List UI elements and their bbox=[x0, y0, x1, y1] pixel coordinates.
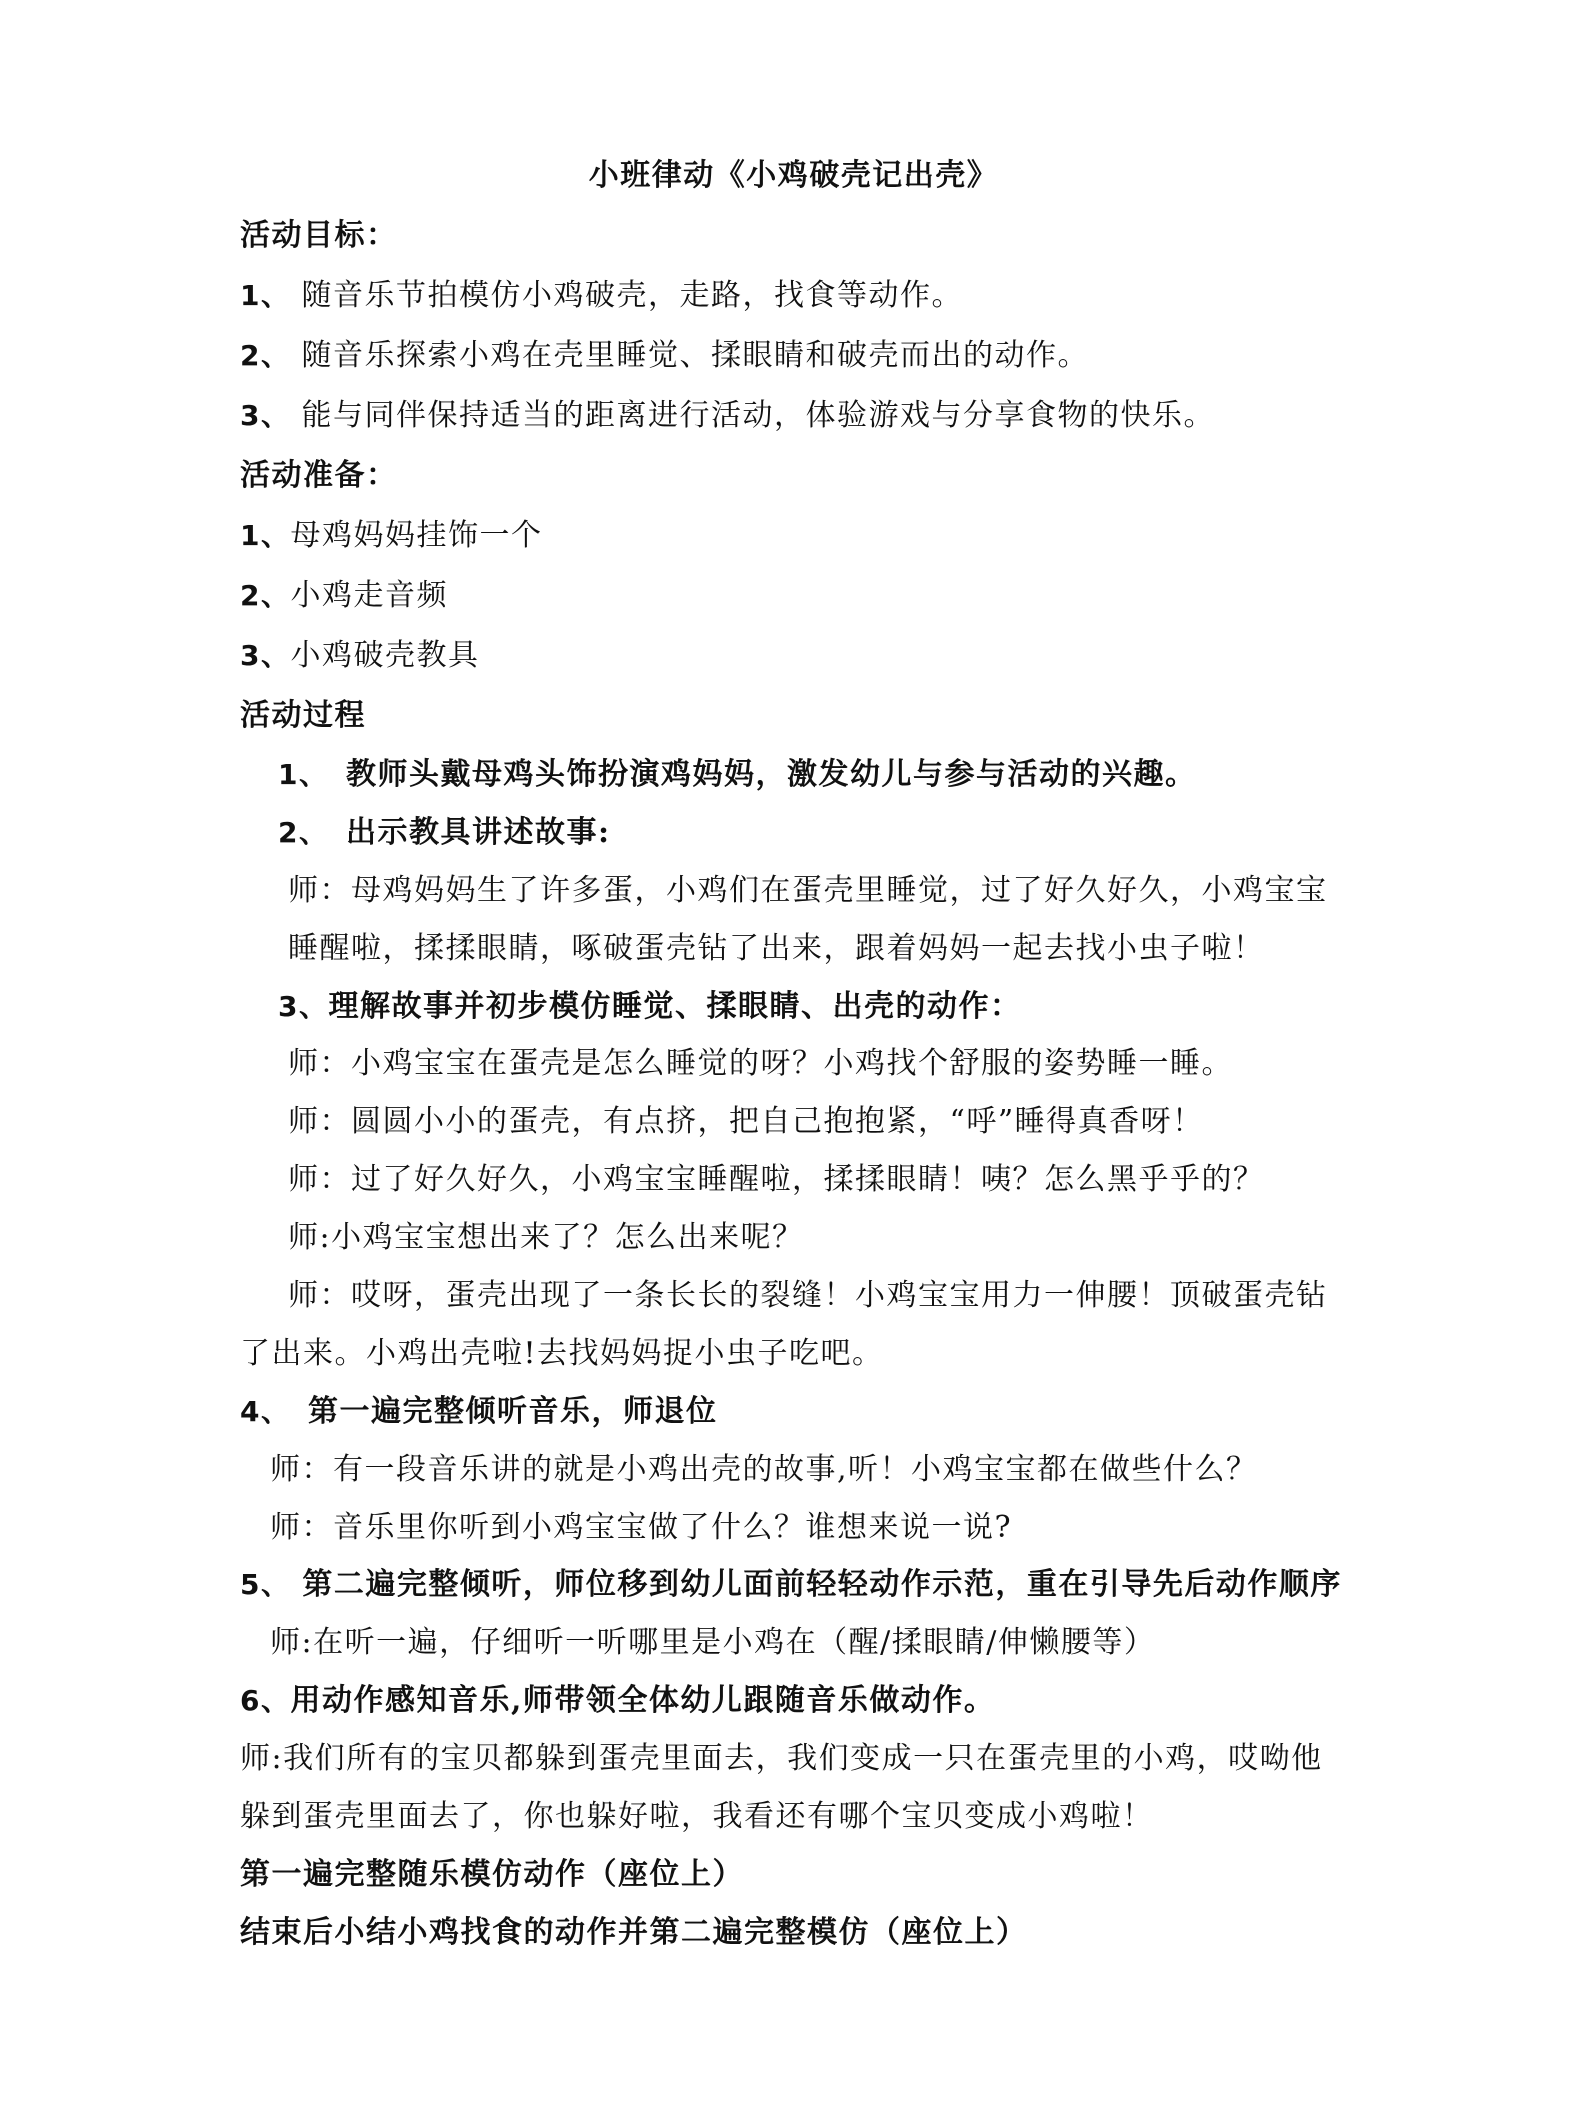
line-text: 出示教具讲述故事: bbox=[314, 815, 610, 850]
line-text: 活动准备： bbox=[240, 458, 398, 493]
line-number: 5、 bbox=[240, 1568, 290, 1601]
line-text: 师：母鸡妈妈生了许多蛋，小鸡们在蛋壳里睡觉，过了好久好久，小鸡宝宝 bbox=[288, 873, 1328, 908]
document-body: 小班律动《小鸡破壳记出壳》活动目标：1、 随音乐节拍模仿小鸡破壳，走路，找食等动… bbox=[240, 146, 1347, 1962]
heading-line: 6、用动作感知音乐,师带领全体幼儿跟随音乐做动作。 bbox=[240, 1672, 1347, 1730]
heading-line: 活动准备： bbox=[240, 446, 1347, 506]
line-text: 了出来。小鸡出壳啦!去找妈妈捉小虫子吃吧。 bbox=[240, 1336, 884, 1371]
text-line: 3、 能与同伴保持适当的距离进行活动，体验游戏与分享食物的快乐。 bbox=[240, 386, 1347, 446]
line-text: 师：音乐里你听到小鸡宝宝做了什么？谁想来说一说? bbox=[270, 1510, 1012, 1545]
line-text: 母鸡妈妈挂饰一个 bbox=[290, 518, 542, 553]
line-text: 师:我们所有的宝贝都躲到蛋壳里面去，我们变成一只在蛋壳里的小鸡，哎呦他 bbox=[240, 1741, 1323, 1776]
line-number: 6、 bbox=[240, 1684, 290, 1717]
line-text: 小班律动《小鸡破壳记出壳》 bbox=[589, 158, 999, 193]
line-text: 活动过程 bbox=[240, 698, 366, 733]
heading-line: 第一遍完整随乐模仿动作（座位上） bbox=[240, 1846, 1347, 1904]
line-number: 3、 bbox=[240, 639, 290, 672]
line-text: 教师头戴母鸡头饰扮演鸡妈妈，激发幼儿与参与活动的兴趣。 bbox=[314, 757, 1196, 792]
text-line: 3、小鸡破壳教具 bbox=[240, 626, 1347, 686]
text-line: 师：有一段音乐讲的就是小鸡出壳的故事,听！小鸡宝宝都在做些什么？ bbox=[270, 1441, 1347, 1499]
line-text: 小鸡走音频 bbox=[290, 578, 448, 613]
line-number: 4、 bbox=[240, 1395, 276, 1428]
line-text: 第一遍完整倾听音乐，师退位 bbox=[276, 1394, 717, 1429]
line-text: 小鸡破壳教具 bbox=[290, 638, 479, 673]
text-line: 1、母鸡妈妈挂饰一个 bbox=[240, 506, 1347, 566]
document-page: 小班律动《小鸡破壳记出壳》活动目标：1、 随音乐节拍模仿小鸡破壳，走路，找食等动… bbox=[0, 0, 1587, 2109]
document-title: 小班律动《小鸡破壳记出壳》 bbox=[240, 146, 1347, 206]
line-text: 能与同伴保持适当的距离进行活动，体验游戏与分享食物的快乐。 bbox=[290, 398, 1215, 433]
line-text: 结束后小结小鸡找食的动作并第二遍完整模仿（座位上） bbox=[240, 1915, 1028, 1950]
text-line: 师：音乐里你听到小鸡宝宝做了什么？谁想来说一说? bbox=[270, 1499, 1347, 1557]
text-line: 师：过了好久好久，小鸡宝宝睡醒啦，揉揉眼睛！咦？怎么黑乎乎的？ bbox=[288, 1151, 1347, 1209]
text-line: 睡醒啦，揉揉眼睛，啄破蛋壳钻了出来，跟着妈妈一起去找小虫子啦！ bbox=[288, 920, 1347, 978]
line-text: 理解故事并初步模仿睡觉、揉眼睛、出壳的动作： bbox=[328, 989, 1021, 1024]
heading-line: 结束后小结小鸡找食的动作并第二遍完整模仿（座位上） bbox=[240, 1904, 1347, 1962]
line-text: 躲到蛋壳里面去了，你也躲好啦，我看还有哪个宝贝变成小鸡啦！ bbox=[240, 1799, 1154, 1834]
text-line: 躲到蛋壳里面去了，你也躲好啦，我看还有哪个宝贝变成小鸡啦！ bbox=[240, 1788, 1347, 1846]
line-text: 师：圆圆小小的蛋壳，有点挤，把自己抱抱紧，“呼”睡得真香呀！ bbox=[288, 1104, 1204, 1139]
line-text: 师：有一段音乐讲的就是小鸡出壳的故事,听！小鸡宝宝都在做些什么？ bbox=[270, 1452, 1258, 1487]
line-number: 3、 bbox=[278, 990, 328, 1023]
text-line: 1、 随音乐节拍模仿小鸡破壳，走路，找食等动作。 bbox=[240, 266, 1347, 326]
heading-line: 2、 出示教具讲述故事: bbox=[278, 804, 1347, 862]
line-number: 1、 bbox=[240, 519, 290, 552]
text-line: 2、小鸡走音频 bbox=[240, 566, 1347, 626]
line-text: 第一遍完整随乐模仿动作（座位上） bbox=[240, 1857, 744, 1892]
text-line: 2、 随音乐探索小鸡在壳里睡觉、揉眼睛和破壳而出的动作。 bbox=[240, 326, 1347, 386]
heading-line: 活动过程 bbox=[240, 686, 1347, 746]
heading-line: 3、理解故事并初步模仿睡觉、揉眼睛、出壳的动作： bbox=[278, 978, 1347, 1036]
text-line: 师：圆圆小小的蛋壳，有点挤，把自己抱抱紧，“呼”睡得真香呀！ bbox=[288, 1093, 1347, 1151]
line-text: 第二遍完整倾听，师位移到幼儿面前轻轻动作示范，重在引导先后动作顺序 bbox=[290, 1567, 1341, 1602]
text-line: 了出来。小鸡出壳啦!去找妈妈捉小虫子吃吧。 bbox=[240, 1325, 1347, 1383]
text-line: 师：哎呀，蛋壳出现了一条长长的裂缝！小鸡宝宝用力一伸腰！顶破蛋壳钻 bbox=[288, 1267, 1347, 1325]
line-number: 2、 bbox=[240, 579, 290, 612]
line-text: 随音乐节拍模仿小鸡破壳，走路，找食等动作。 bbox=[290, 278, 963, 313]
line-text: 师：过了好久好久，小鸡宝宝睡醒啦，揉揉眼睛！咦？怎么黑乎乎的？ bbox=[288, 1162, 1265, 1197]
heading-line: 1、 教师头戴母鸡头饰扮演鸡妈妈，激发幼儿与参与活动的兴趣。 bbox=[278, 746, 1347, 804]
line-number: 2、 bbox=[278, 816, 314, 849]
line-number: 2、 bbox=[240, 339, 290, 372]
line-number: 1、 bbox=[278, 758, 314, 791]
text-line: 师:我们所有的宝贝都躲到蛋壳里面去，我们变成一只在蛋壳里的小鸡，哎呦他 bbox=[240, 1730, 1347, 1788]
line-text: 随音乐探索小鸡在壳里睡觉、揉眼睛和破壳而出的动作。 bbox=[290, 338, 1089, 373]
text-line: 师:小鸡宝宝想出来了？怎么出来呢？ bbox=[288, 1209, 1347, 1267]
line-text: 活动目标： bbox=[240, 218, 398, 253]
heading-line: 活动目标： bbox=[240, 206, 1347, 266]
line-text: 睡醒啦，揉揉眼睛，啄破蛋壳钻了出来，跟着妈妈一起去找小虫子啦！ bbox=[288, 931, 1265, 966]
line-text: 师:在听一遍，仔细听一听哪里是小鸡在（醒/揉眼睛/伸懒腰等） bbox=[270, 1625, 1155, 1660]
line-text: 师:小鸡宝宝想出来了？怎么出来呢？ bbox=[288, 1220, 804, 1255]
text-line: 师：母鸡妈妈生了许多蛋，小鸡们在蛋壳里睡觉，过了好久好久，小鸡宝宝 bbox=[288, 862, 1347, 920]
line-number: 1、 bbox=[240, 279, 290, 312]
heading-line: 4、 第一遍完整倾听音乐，师退位 bbox=[240, 1383, 1347, 1441]
line-text: 用动作感知音乐,师带领全体幼儿跟随音乐做动作。 bbox=[290, 1683, 995, 1718]
heading-line: 5、 第二遍完整倾听，师位移到幼儿面前轻轻动作示范，重在引导先后动作顺序 bbox=[240, 1556, 1347, 1614]
text-line: 师：小鸡宝宝在蛋壳是怎么睡觉的呀？小鸡找个舒服的姿势睡一睡。 bbox=[288, 1035, 1347, 1093]
line-number: 3、 bbox=[240, 399, 290, 432]
line-text: 师：小鸡宝宝在蛋壳是怎么睡觉的呀？小鸡找个舒服的姿势睡一睡。 bbox=[288, 1046, 1233, 1081]
line-text: 师：哎呀，蛋壳出现了一条长长的裂缝！小鸡宝宝用力一伸腰！顶破蛋壳钻 bbox=[288, 1278, 1328, 1313]
text-line: 师:在听一遍，仔细听一听哪里是小鸡在（醒/揉眼睛/伸懒腰等） bbox=[270, 1614, 1347, 1672]
